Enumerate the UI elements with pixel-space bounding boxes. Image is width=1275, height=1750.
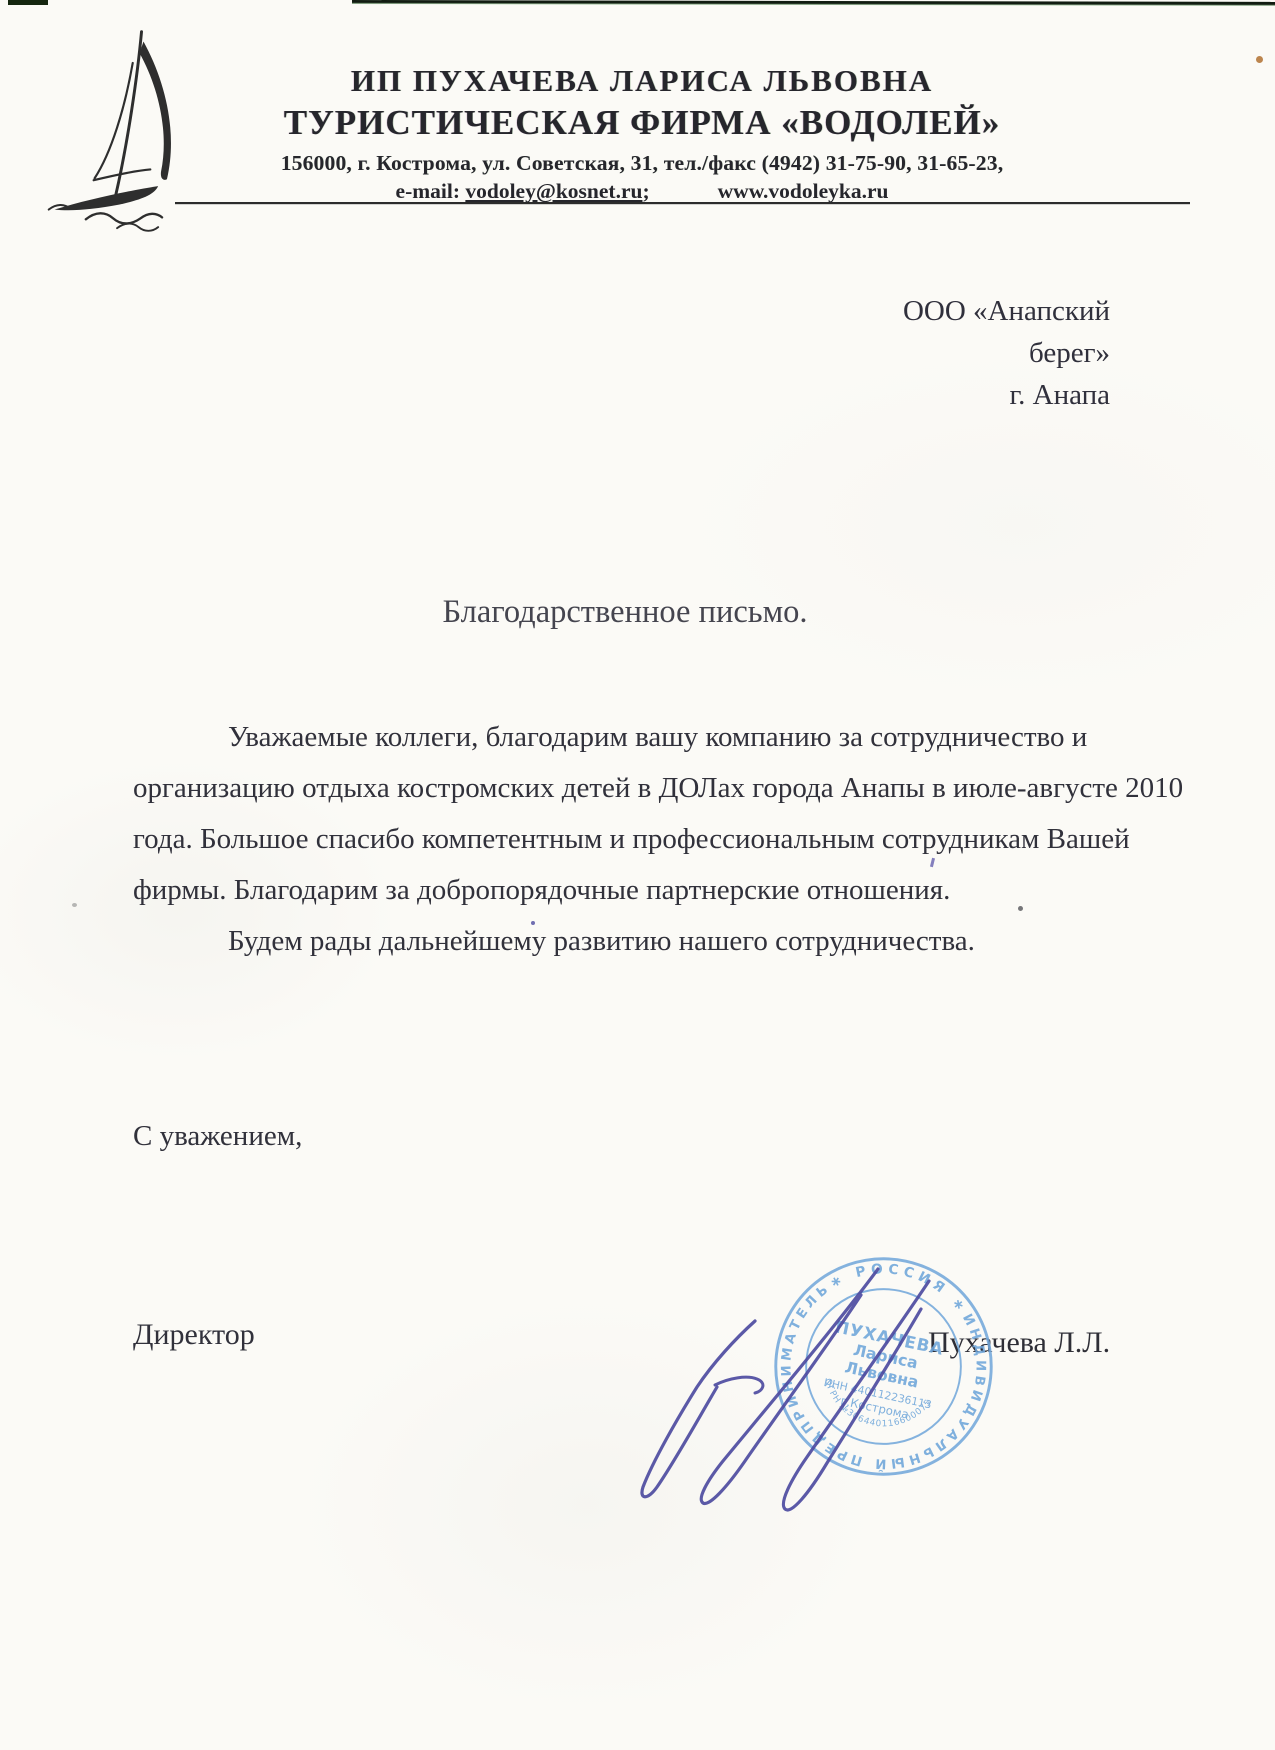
letter-page: ИП ПУХАЧЕВА ЛАРИСА ЛЬВОВНА ТУРИСТИЧЕСКАЯ… [0,0,1275,1750]
body-line: Будем рады дальнейшему развитию нашего с… [133,916,1163,967]
company-name: ИП ПУХАЧЕВА ЛАРИСА ЛЬВОВНА [172,64,1112,99]
signature-stroke [595,1235,965,1525]
letterhead: ИП ПУХАЧЕВА ЛАРИСА ЛЬВОВНА ТУРИСТИЧЕСКАЯ… [172,64,1112,204]
company-subtitle: ТУРИСТИЧЕСКАЯ ФИРМА «ВОДОЛЕЙ» [172,103,1112,142]
company-contacts: e-mail: vodoley@kosnet.ru;www.vodoleyka.… [172,179,1112,204]
scan-speck [72,903,77,907]
email-separator: ; [642,179,649,203]
body-line: организацию отдыха костромских детей в Д… [133,763,1163,814]
company-address: 156000, г. Кострома, ул. Советская, 31, … [172,151,1112,176]
recipient-city: г. Анапа [820,374,1110,416]
website-url: www.vodoleyka.ru [718,179,889,203]
scan-edge-artifact [352,0,1275,6]
letter-body: Уважаемые коллеги, благодарим вашу компа… [133,712,1163,967]
body-line: Уважаемые коллеги, благодарим вашу компа… [133,712,1163,763]
email-address: vodoley@kosnet.ru [465,179,642,203]
scan-speck [1256,56,1263,63]
recipient-block: ООО «Анапский берег» г. Анапа [820,290,1110,416]
closing-salutation: С уважением, [133,1120,302,1153]
signer-position: Директор [133,1318,255,1352]
body-line: года. Большое спасибо компетентным и про… [133,814,1163,865]
recipient-company: ООО «Анапский берег» [820,290,1110,374]
scan-edge-artifact-left [8,0,48,5]
letterhead-divider [175,202,1190,204]
body-line: фирмы. Благодарим за добропорядочные пар… [133,865,1163,916]
letter-title: Благодарственное письмо. [0,594,1250,631]
email-label: e-mail: [396,179,466,203]
